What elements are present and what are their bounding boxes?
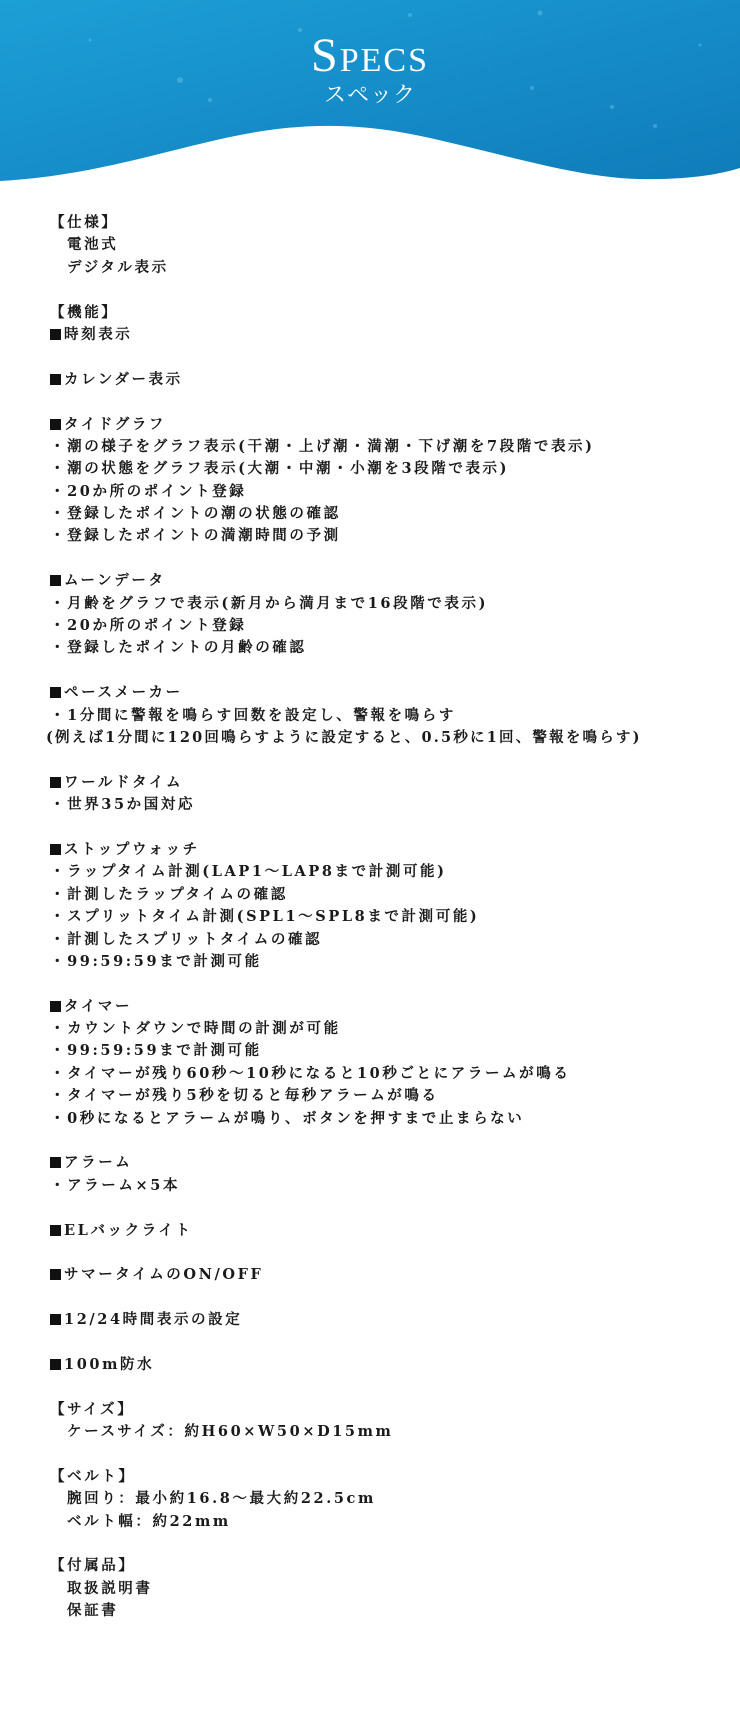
feature-item: ・99:59:59まで計測可能 — [50, 1040, 730, 1062]
feature-item: ・カウントダウンで時間の計測が可能 — [50, 1018, 730, 1040]
feature-item: ・99:59:59まで計測可能 — [50, 951, 730, 973]
square-bullet-icon — [50, 1359, 61, 1370]
feature-item: ・0秒になるとアラームが鳴り、ボタンを押すまで止まらない — [50, 1108, 730, 1130]
spec-list: 【仕様】 電池式 デジタル表示 【機能】 時刻表示 カレンダー表示 タイドグラフ… — [50, 212, 730, 1623]
feature-heading: 100m防水 — [50, 1354, 730, 1376]
square-bullet-icon — [50, 687, 61, 698]
square-bullet-icon — [50, 1314, 61, 1325]
feature-item: ・タイマーが残り5秒を切ると毎秒アラームが鳴る — [50, 1085, 730, 1107]
square-bullet-icon — [50, 1157, 61, 1168]
feature-heading: カレンダー表示 — [50, 369, 730, 391]
feature-item: ・登録したポイントの満潮時間の予測 — [50, 525, 730, 547]
feature-heading: ELバックライト — [50, 1220, 730, 1242]
section-heading: 【ベルト】 — [50, 1466, 730, 1488]
square-bullet-icon — [50, 419, 61, 430]
feature-item: ・ラップタイム計測(LAP1～LAP8まで計測可能) — [50, 861, 730, 883]
section-spec: 【仕様】 電池式 デジタル表示 — [50, 212, 730, 279]
spec-item: 保証書 — [50, 1600, 730, 1622]
feature-item: ・潮の状態をグラフ表示(大潮・中潮・小潮を3段階で表示) — [50, 458, 730, 480]
feature-item: ・アラーム×5本 — [50, 1175, 730, 1197]
section-heading: 【機能】 — [50, 302, 730, 324]
feature-heading: ストップウォッチ — [50, 839, 730, 861]
feature-item: ・世界35か国対応 — [50, 794, 730, 816]
feature-item: ・登録したポイントの月齢の確認 — [50, 637, 730, 659]
square-bullet-icon — [50, 777, 61, 788]
section-heading: 【仕様】 — [50, 212, 730, 234]
section-heading: 【サイズ】 — [50, 1399, 730, 1421]
feature-item: (例えば1分間に120回鳴らすように設定すると、0.5秒に1回、警報を鳴らす) — [46, 727, 730, 749]
feature-item: ・計測したスプリットタイムの確認 — [50, 929, 730, 951]
feature-heading: アラーム — [50, 1152, 730, 1174]
square-bullet-icon — [50, 1225, 61, 1236]
spec-item: デジタル表示 — [50, 257, 730, 279]
feature-heading: タイマー — [50, 996, 730, 1018]
square-bullet-icon — [50, 329, 61, 340]
feature-heading: ペースメーカー — [50, 682, 730, 704]
section-heading: 【付属品】 — [50, 1555, 730, 1577]
feature-item: ・20か所のポイント登録 — [50, 615, 730, 637]
spec-item: ベルト幅：約22mm — [50, 1511, 730, 1533]
feature-heading: 12/24時間表示の設定 — [50, 1309, 730, 1331]
page-subtitle: スペック — [0, 82, 740, 110]
feature-heading: 時刻表示 — [50, 324, 730, 346]
spec-item: 腕回り：最小約16.8～最大約22.5cm — [50, 1488, 730, 1510]
square-bullet-icon — [50, 1001, 61, 1012]
feature-heading: ワールドタイム — [50, 772, 730, 794]
feature-item: ・20か所のポイント登録 — [50, 481, 730, 503]
feature-item: ・1分間に警報を鳴らす回数を設定し、警報を鳴らす — [50, 705, 730, 727]
page-title: Specs — [0, 30, 740, 82]
feature-item: ・タイマーが残り60秒～10秒になると10秒ごとにアラームが鳴る — [50, 1063, 730, 1085]
feature-item: ・計測したラップタイムの確認 — [50, 884, 730, 906]
square-bullet-icon — [50, 844, 61, 855]
hero-banner: Specs スペック — [0, 0, 740, 190]
square-bullet-icon — [50, 575, 61, 586]
spec-item: 取扱説明書 — [50, 1578, 730, 1600]
feature-item: ・月齢をグラフで表示(新月から満月まで16段階で表示) — [50, 593, 730, 615]
feature-heading: サマータイムのON/OFF — [50, 1264, 730, 1286]
feature-heading: ムーンデータ — [50, 570, 730, 592]
spec-item: ケースサイズ：約H60×W50×D15mm — [50, 1421, 730, 1443]
square-bullet-icon — [50, 374, 61, 385]
square-bullet-icon — [50, 1269, 61, 1280]
feature-heading: タイドグラフ — [50, 414, 730, 436]
spec-item: 電池式 — [50, 234, 730, 256]
feature-item: ・潮の様子をグラフ表示(干潮・上げ潮・満潮・下げ潮を7段階で表示) — [50, 436, 730, 458]
feature-item: ・スプリットタイム計測(SPL1～SPL8まで計測可能) — [50, 906, 730, 928]
feature-item: ・登録したポイントの潮の状態の確認 — [50, 503, 730, 525]
